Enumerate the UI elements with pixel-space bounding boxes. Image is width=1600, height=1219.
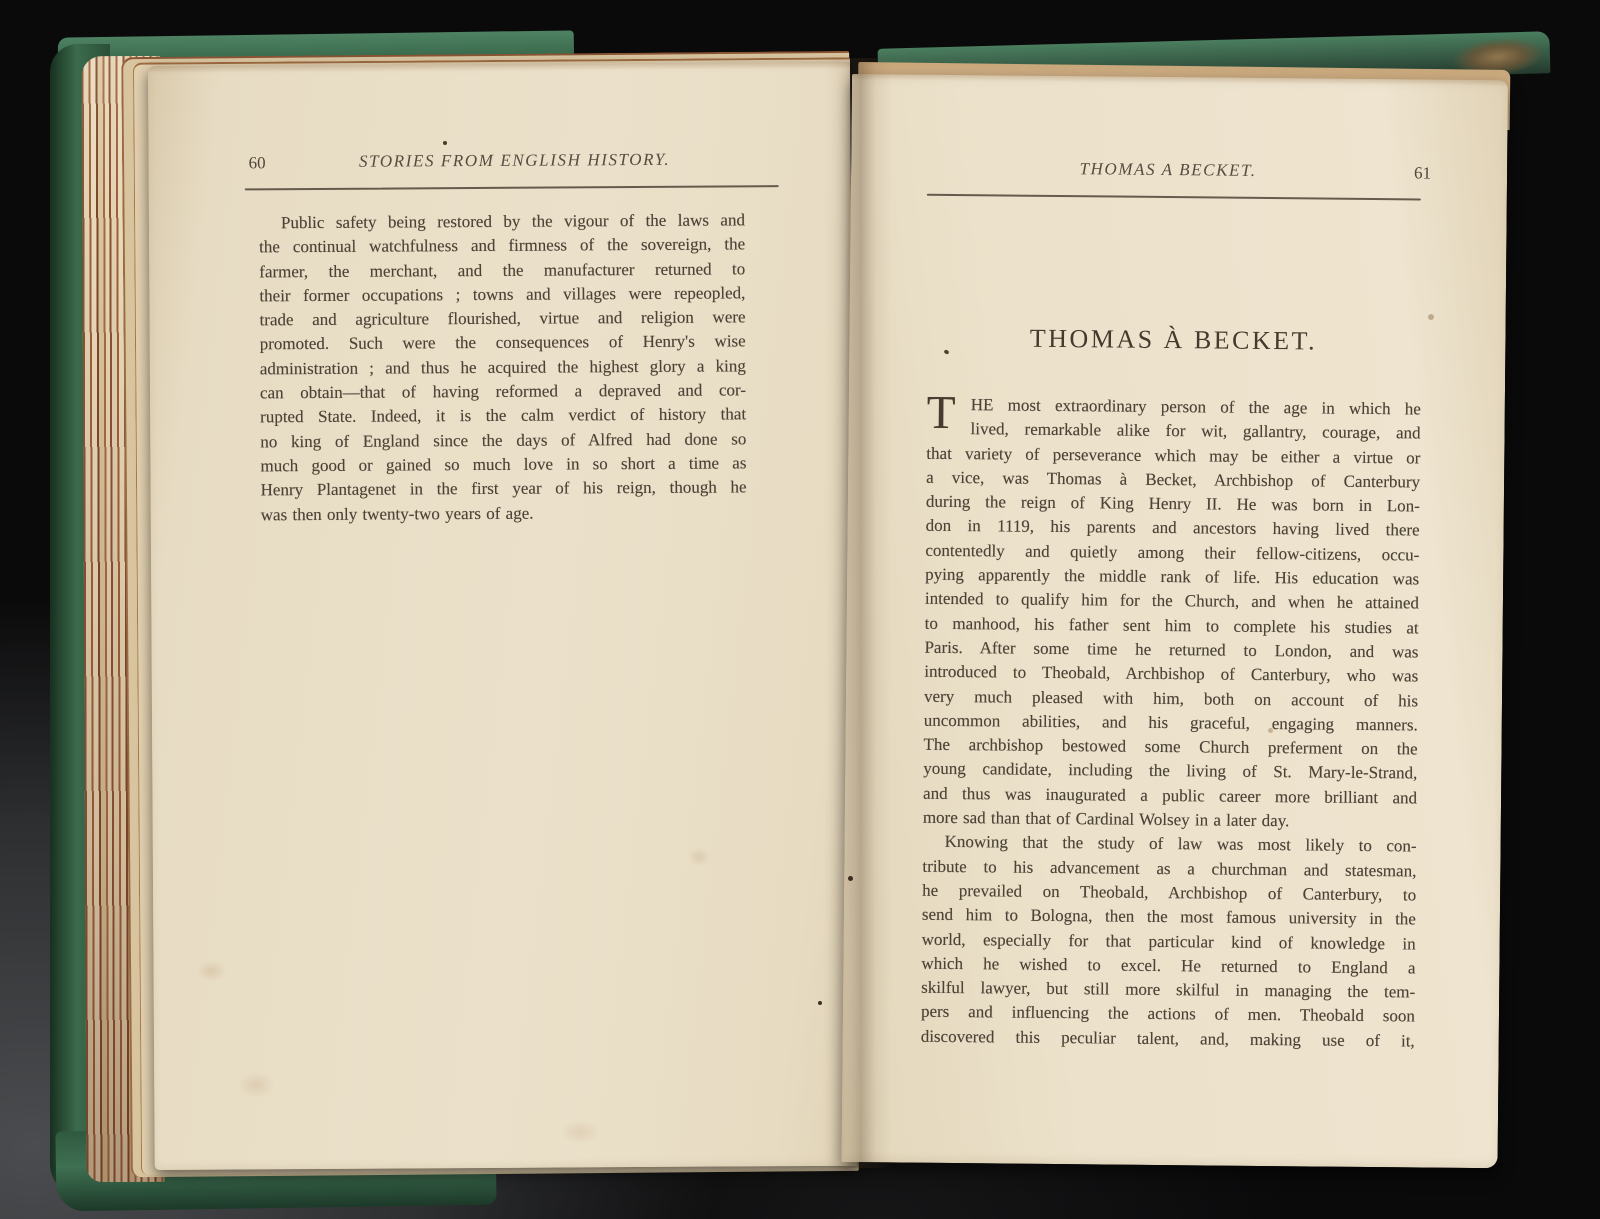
text-line: was then only twenty-two years of age.	[261, 500, 747, 527]
text-line: Public safety being restored by the vigo…	[259, 208, 745, 235]
text-line: administration ; and thus he acquired th…	[260, 354, 746, 381]
drop-cap: T	[927, 390, 956, 437]
text-line: can obtain—that of having reformed a dep…	[260, 378, 746, 405]
text-line: promoted. Such were the consequences of …	[260, 330, 746, 357]
body-text: THE most extraordinary person of the age…	[921, 393, 1421, 1054]
header-rule	[927, 194, 1421, 201]
text-line: Henry Plantagenet in the first year of h…	[261, 476, 747, 503]
text-line: no king of England since the days of Alf…	[260, 427, 746, 454]
book-photograph: 60 STORIES FROM ENGLISH HISTORY. Public …	[0, 0, 1600, 1219]
running-title: STORIES FROM ENGLISH HISTORY.	[259, 149, 771, 172]
text-line: trade and agriculture flourished, virtue…	[259, 306, 745, 333]
text-line: discovered this peculiar talent, and, ma…	[921, 1024, 1415, 1053]
right-page: THOMAS A BECKET. 61 THOMAS À BECKET. THE…	[842, 74, 1508, 1168]
text-line: much good or gained so much love in so s…	[260, 451, 746, 478]
chapter-title: THOMAS À BECKET.	[923, 323, 1423, 358]
text-line: their former occupations ; towns and vil…	[259, 281, 745, 308]
paragraph: Public safety being restored by the vigo…	[259, 208, 747, 527]
text-line: rupted State. Indeed, it is the calm ver…	[260, 403, 746, 430]
paragraph: THE most extraordinary person of the age…	[923, 393, 1421, 835]
page-number: 61	[1375, 163, 1431, 184]
header-rule	[245, 185, 779, 190]
text-line: farmer, the merchant, and the manufactur…	[259, 257, 745, 284]
text-line: the continual watchfulness and firmness …	[259, 233, 745, 260]
body-text: Public safety being restored by the vigo…	[259, 208, 747, 527]
paragraph: Knowing that the study of law was most l…	[921, 830, 1417, 1053]
left-page: 60 STORIES FROM ENGLISH HISTORY. Public …	[148, 62, 857, 1170]
running-title: THOMAS A BECKET.	[933, 158, 1403, 183]
